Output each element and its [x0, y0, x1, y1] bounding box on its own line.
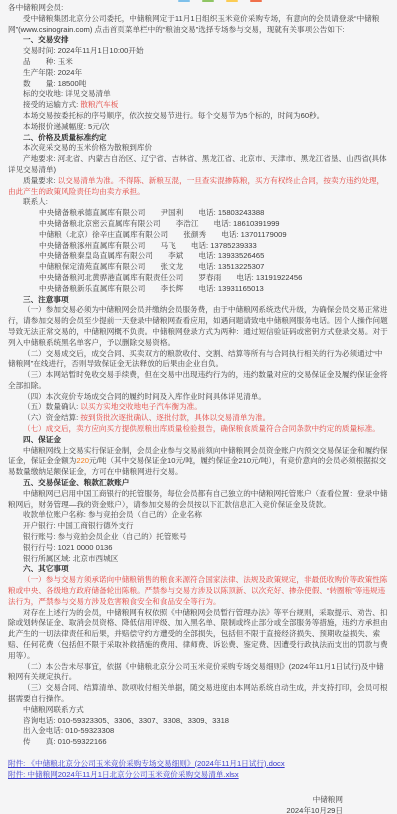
text-run: 交易时间: 2024年11月1日10:00开始	[23, 46, 144, 55]
paragraph-line: （一）参加交易必须为中储粮网会员并缴纳会员服务费，由于中储粮网系统迭代升级，为确…	[8, 305, 389, 348]
text-run: 中央储备粮秦皇岛直属库有限公司 李斌 电话: 13933526465	[39, 251, 264, 260]
contact-row: 中储粮保定清苑直属库有限公司 张文龙 电话: 13513225307	[8, 262, 389, 273]
text-run: 收款单位账户名称: 参与竞拍会员（自己的）企业名称	[23, 510, 202, 519]
text-run: 本场交易按委托标的序号顺序，依次按交易节进行。每个交易节为5个标的，时间为60秒…	[23, 111, 324, 120]
text-run: 中储粮（北京）徐辛庄直属库有限公司 张颜秀 电话: 13701179009	[39, 230, 287, 239]
paragraph-line: 本场交易按委托标的序号顺序，依次按交易节进行。每个交易节为5个标的，时间为60秒…	[8, 111, 389, 122]
contact-row: 中央储备粮新乐直属库有限公司 李长辉 电话: 13931165013	[8, 284, 389, 295]
paragraph-line: 接受的运输方式: 散粮汽车板	[8, 100, 389, 111]
text-run: 数 量: 18500吨	[23, 79, 86, 88]
text-run: 三、注意事项	[23, 295, 69, 304]
announcement-page: 各中储粮网会员:受中储粮集团北京分公司委托，中储粮网定于11月1日组织玉米竞价采…	[0, 0, 397, 814]
paragraph-line: 银行所属区域: 北京市西城区	[8, 554, 389, 565]
text-run: 中央储备粮新乐直属库有限公司 李长辉 电话: 13931165013	[39, 284, 264, 293]
text-run: 受中储粮集团北京分公司委托，中储粮网定于11月1日组织玉米竞价采购专场，有意向的…	[8, 14, 379, 34]
text-run: 产地要求: 河北省、内蒙古自治区、辽宁省、吉林省、黑龙江省、北京市、天津市、黑龙…	[8, 154, 387, 174]
paragraph-line: 对存在上述行为的会员，中储粮网有权依照《中储粮网会员暂行管理办法》等平台规则，采…	[8, 608, 389, 662]
text-run: （四）本次竞价专场成交合同的履约时间及入库作业时间具体详见清单。	[23, 392, 266, 401]
highlighted-text: （一）参与交易方须承诺向中储粮销售的粮食来源符合国家法律、法规及政策规定，非最低…	[8, 575, 388, 606]
highlighted-text: 220	[76, 456, 89, 465]
paragraph-line: 银行账号: 参与竞拍会员企业（自己的）托管账号	[8, 532, 389, 543]
paragraph-line: （二）本公告未尽事宜，依据《中储粮北京分公司玉米竞价采购专场交易细则》(2024…	[8, 662, 389, 684]
cropped-orange-icon	[250, 0, 262, 2]
text-run[interactable]: 附件: 中储粮网2024年11月1日北京分公司玉米竞价采购交易清单.xlsx	[8, 770, 239, 779]
paragraph-line: 质量要求: 以交易清单为准。不得陈、新粮互混，一旦查实混掺陈粮，买方有权终止合同…	[8, 176, 389, 198]
attachment-link-list[interactable]: 附件: 中储粮网2024年11月1日北京分公司玉米竞价采购交易清单.xlsx	[8, 770, 389, 781]
paragraph-line: （三）本网站暂时免收交易手续费，但在交易中出现违约行为的，违约数量对应的交易保证…	[8, 370, 389, 392]
text-run[interactable]: 附件: 《中储粮北京分公司玉米竞价采购专场交易细则》(2024年11月1日试行)…	[8, 759, 285, 768]
paragraph-line: （三）交易合同、结算清单、款项收付相关单据，随交易进度由本网站系统自动生成，并支…	[8, 683, 389, 705]
section-heading-2: 二、价格及质量标准约定	[8, 133, 389, 144]
text-run: （二）交易成交后，成交合同、买卖双方的粮款收付、交割、结算等所有与合同执行相关的…	[8, 349, 382, 369]
text-run: 传 真: 010-59322166	[23, 737, 107, 746]
text-run: （六）资金结算:	[23, 413, 80, 422]
highlighted-text: 按到货批次逐批确认、逐批付款，具体以交易清单为准。	[80, 413, 270, 422]
signature-date: 2024年10月29日	[8, 806, 343, 814]
text-run: 联系人:	[23, 197, 48, 206]
text-run: 质量要求:	[23, 176, 58, 185]
paragraph-line: 生产年限: 2024年	[8, 68, 389, 79]
text-run: 中储粮保定清苑直属库有限公司 张文龙 电话: 13513225307	[39, 262, 264, 271]
contact-row: 中央储备粮涿州直属库有限公司 马飞 电话: 13785239333	[8, 241, 389, 252]
highlighted-text: 散粮汽车板	[80, 100, 118, 109]
intro-paragraph: 受中储粮集团北京分公司委托，中储粮网定于11月1日组织玉米竞价采购专场，有意向的…	[8, 14, 389, 36]
attachment-link-rules[interactable]: 附件: 《中储粮北京分公司玉米竞价采购专场交易细则》(2024年11月1日试行)…	[8, 759, 389, 770]
announcement-document: 各中储粮网会员:受中储粮集团北京分公司委托，中储粮网定于11月1日组织玉米竞价采…	[0, 0, 397, 814]
cropped-yellow-icon	[226, 0, 238, 2]
cropped-blue-icon	[178, 0, 190, 2]
section-heading-3: 三、注意事项	[8, 295, 389, 306]
paragraph-line: 中储粮网联系方式	[8, 705, 389, 716]
salutation: 各中储粮网会员:	[8, 3, 389, 14]
text-run: 银行所属区域: 北京市西城区	[23, 554, 118, 563]
paragraph-line: 本场报价递减幅度: 5元/次	[8, 122, 389, 133]
text-run: （二）本公告未尽事宜，依据《中储粮北京分公司玉米竞价采购专场交易细则》(2024…	[8, 662, 384, 682]
text-run: 对存在上述行为的会员，中储粮网有权依照《中储粮网会员暂行管理办法》等平台规则，采…	[8, 608, 388, 660]
paragraph-line: 咨询电话: 010-59323305、3306、3307、3308、3309、3…	[8, 716, 389, 727]
text-run: 中央储备粮北京密云直属库有限公司 李浩江 电话: 18610391999	[39, 219, 280, 228]
text-run: （三）交易合同、结算清单、款项收付相关单据，随交易进度由本网站系统自动生成，并支…	[8, 683, 388, 703]
contact-row: 中央储备粮北京密云直属库有限公司 李浩江 电话: 18610391999	[8, 219, 389, 230]
text-run: 六、其它事项	[23, 564, 69, 573]
top-icon-fragments	[178, 0, 274, 3]
paragraph-line: 传 真: 010-59322166	[8, 737, 389, 748]
text-run: 二、价格及质量标准约定	[23, 133, 107, 142]
text-run: 中央储备粮涿州直属库有限公司 马飞 电话: 13785239333	[39, 241, 257, 250]
signature-org: 中储粮网	[8, 795, 343, 806]
text-run: 银行账号: 参与竞拍会员企业（自己的）托管账号	[23, 532, 187, 541]
contact-row: 中央储备粮秦皇岛直属库有限公司 李斌 电话: 13933526465	[8, 251, 389, 262]
signature-block: 中储粮网 2024年10月29日	[8, 795, 389, 814]
paragraph-line: 联系人:	[8, 197, 389, 208]
paragraph-line: 银行行号: 1021 0000 0136	[8, 543, 389, 554]
text-run: 本场报价递减幅度: 5元/次	[23, 122, 110, 131]
paragraph-line: 数 量: 18500吨	[8, 79, 389, 90]
contact-row: 中央储备粮承德直属库有限公司 尹国利 电话: 15803243388	[8, 208, 389, 219]
paragraph-line: （六）资金结算: 按到货批次逐批确认、逐批付款，具体以交易清单为准。	[8, 413, 389, 424]
text-run: 开户银行: 中国工商银行德外支行	[23, 521, 134, 530]
paragraph-line: 中储粮网线上交易实行保证金制，会员企业参与交易前须向中储粮网会员资金账户内预交交…	[8, 446, 389, 478]
text-run: 一、交易安排	[23, 35, 69, 44]
paragraph-line: 产地要求: 河北省、内蒙古自治区、辽宁省、吉林省、黑龙江省、北京市、天津市、黑龙…	[8, 154, 389, 176]
text-run: 中储粮网已启用中国工商银行的托管服务，每位会员都有自己独立的中储粮网托管账户（查…	[8, 489, 388, 509]
paragraph-line: 品 种: 玉米	[8, 57, 389, 68]
text-run: 中央储备粮承德直属库有限公司 尹国利 电话: 15803243388	[39, 208, 264, 217]
text-run: 各中储粮网会员:	[8, 3, 63, 12]
paragraph-line: 出入金电话: 010-59323308	[8, 726, 389, 737]
text-run: 五、交易保证金、粮款汇款账户	[23, 478, 129, 487]
text-run: 出入金电话: 010-59323308	[23, 726, 114, 735]
text-run: 本次竞采交易的玉米价格为散粮到库价	[23, 143, 152, 152]
paragraph-line: 本次竞采交易的玉米价格为散粮到库价	[8, 143, 389, 154]
document-body: 各中储粮网会员:受中储粮集团北京分公司委托，中储粮网定于11月1日组织玉米竞价采…	[8, 3, 389, 780]
text-run: 接受的运输方式:	[23, 100, 80, 109]
text-run: 生产年限: 2024年	[23, 68, 82, 77]
text-run: 中储粮网联系方式	[23, 705, 84, 714]
paragraph-line: 标的交收地: 详见交易清单	[8, 89, 389, 100]
paragraph-line: 中储粮网已启用中国工商银行的托管服务，每位会员都有自己独立的中储粮网托管账户（查…	[8, 489, 389, 511]
text-run: 四、保证金	[23, 435, 61, 444]
paragraph-line: 开户银行: 中国工商银行德外支行	[8, 521, 389, 532]
paragraph-line: 收款单位账户名称: 参与竞拍会员（自己的）企业名称	[8, 510, 389, 521]
text-run: （五）数量确认:	[23, 402, 80, 411]
text-run: （三）本网站暂时免收交易手续费，但在交易中出现违约行为的，违约数量对应的交易保证…	[8, 370, 388, 390]
cropped-green-icon	[202, 0, 214, 2]
paragraph-line	[8, 748, 389, 759]
text-run: 中央储备粮河北黄骅港直属库有限责任公司 罗春雨 电话: 13191922456	[39, 273, 302, 282]
paragraph-line: （一）参与交易方须承诺向中储粮销售的粮食来源符合国家法律、法规及政策规定，非最低…	[8, 575, 389, 607]
section-heading-6: 六、其它事项	[8, 564, 389, 575]
paragraph-line: （四）本次竞价专场成交合同的履约时间及入库作业时间具体详见清单。	[8, 392, 389, 403]
highlighted-text: 以买方实地交收地电子汽车衡为准。	[80, 402, 202, 411]
text-run: 标的交收地: 详见交易清单	[23, 89, 111, 98]
section-heading-1: 一、交易安排	[8, 35, 389, 46]
text-run: 咨询电话: 010-59323305、3306、3307、3308、3309、3…	[23, 716, 229, 725]
highlighted-text: （七）成交后，卖方应向买方提供原粮出库质量检验报告，确保粮食质量符合合同条款中约…	[23, 424, 380, 433]
text-run: （一）参加交易必须为中储粮网会员并缴纳会员服务费，由于中储粮网系统迭代升级，为确…	[8, 305, 388, 346]
text-run: 品 种: 玉米	[23, 57, 73, 66]
paragraph-line: 交易时间: 2024年11月1日10:00开始	[8, 46, 389, 57]
contact-row: 中央储备粮河北黄骅港直属库有限责任公司 罗春雨 电话: 13191922456	[8, 273, 389, 284]
paragraph-line: （二）交易成交后，成交合同、买卖双方的粮款收付、交割、结算等所有与合同执行相关的…	[8, 349, 389, 371]
highlighted-text: 以交易清单为准。不得陈、新粮互混，一旦查实混掺陈粮，买方有权终止合同，按卖方违约…	[8, 176, 384, 196]
text-run: 银行行号: 1021 0000 0136	[23, 543, 113, 552]
paragraph-line: （七）成交后，卖方应向买方提供原粮出库质量检验报告，确保粮食质量符合合同条款中约…	[8, 424, 389, 435]
section-heading-5: 五、交易保证金、粮款汇款账户	[8, 478, 389, 489]
section-heading-4: 四、保证金	[8, 435, 389, 446]
contact-row: 中储粮（北京）徐辛庄直属库有限公司 张颜秀 电话: 13701179009	[8, 230, 389, 241]
paragraph-line: （五）数量确认: 以买方实地交收地电子汽车衡为准。	[8, 402, 389, 413]
